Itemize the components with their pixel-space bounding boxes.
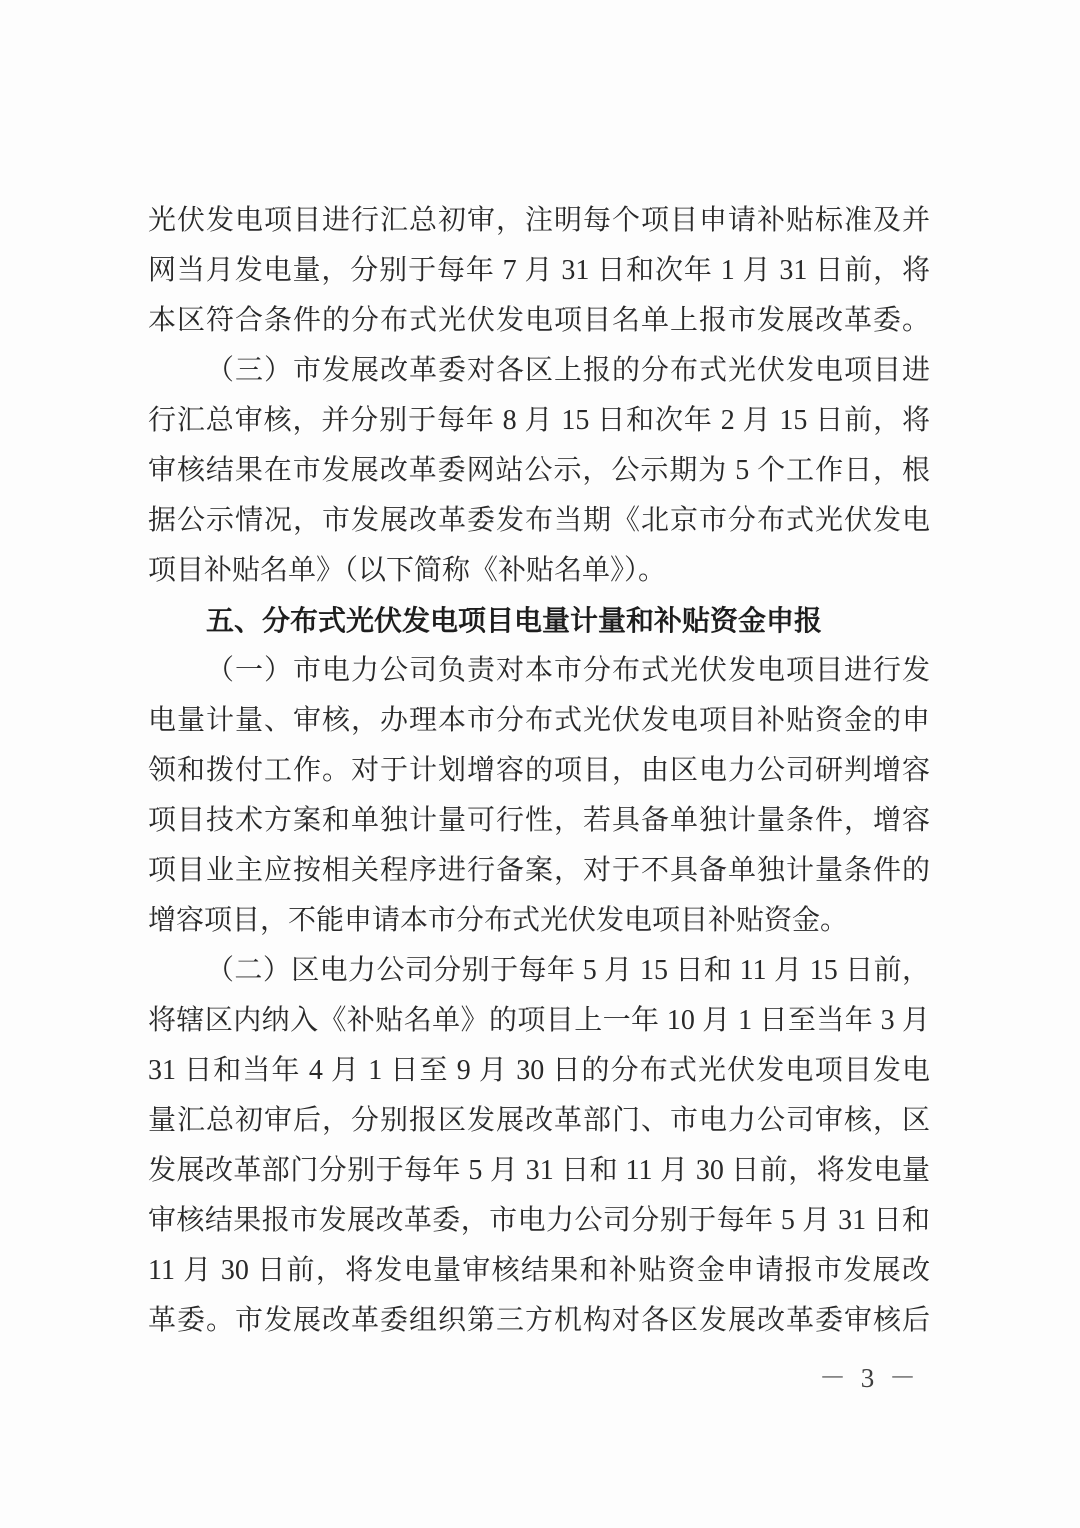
text-line: （三）市发展改革委对各区上报的分布式光伏发电项目进 (148, 346, 930, 396)
text-line: 项目业主应按相关程序进行备案，对于不具备单独计量条件的 (148, 846, 930, 896)
text-line: 项目补贴名单》（以下简称《补贴名单》）。 (148, 546, 930, 596)
text-line: 据公示情况，市发展改革委发布当期《北京市分布式光伏发电 (148, 496, 930, 546)
text-line: 领和拨付工作。对于计划增容的项目，由区电力公司研判增容 (148, 746, 930, 796)
text-line: 行汇总审核，并分别于每年 8 月 15 日和次年 2 月 15 日前，将 (148, 396, 930, 446)
text-line: 光伏发电项目进行汇总初审，注明每个项目申请补贴标准及并 (148, 196, 930, 246)
text-line: 项目技术方案和单独计量可行性，若具备单独计量条件，增容 (148, 796, 930, 846)
text-line: 革委。市发展改革委组织第三方机构对各区发展改革委审核后 (148, 1296, 930, 1346)
text-line: 本区符合条件的分布式光伏发电项目名单上报市发展改革委。 (148, 296, 930, 346)
page-number: － 3 － (819, 1360, 920, 1396)
text-line: 31 日和当年 4 月 1 日至 9 月 30 日的分布式光伏发电项目发电 (148, 1046, 930, 1096)
text-line: 11 月 30 日前，将发电量审核结果和补贴资金申请报市发展改 (148, 1246, 930, 1296)
text-line: 发展改革部门分别于每年 5 月 31 日和 11 月 30 日前，将发电量 (148, 1146, 930, 1196)
text-line: 电量计量、审核，办理本市分布式光伏发电项目补贴资金的申 (148, 696, 930, 746)
section-heading: 五、分布式光伏发电项目电量计量和补贴资金申报 (148, 596, 930, 646)
text-line: 增容项目，不能申请本市分布式光伏发电项目补贴资金。 (148, 896, 930, 946)
text-line: 审核结果报市发展改革委，市电力公司分别于每年 5 月 31 日和 (148, 1196, 930, 1246)
document-body: 光伏发电项目进行汇总初审，注明每个项目申请补贴标准及并网当月发电量，分别于每年 … (148, 196, 930, 1346)
text-line: 量汇总初审后，分别报区发展改革部门、市电力公司审核，区 (148, 1096, 930, 1146)
text-line: 审核结果在市发展改革委网站公示，公示期为 5 个工作日，根 (148, 446, 930, 496)
text-line: 将辖区内纳入《补贴名单》的项目上一年 10 月 1 日至当年 3 月 (148, 996, 930, 1046)
text-line: （一）市电力公司负责对本市分布式光伏发电项目进行发 (148, 646, 930, 696)
document-page: 光伏发电项目进行汇总初审，注明每个项目申请补贴标准及并网当月发电量，分别于每年 … (0, 0, 1080, 1528)
text-line: （二）区电力公司分别于每年 5 月 15 日和 11 月 15 日前， (148, 946, 930, 996)
text-line: 网当月发电量，分别于每年 7 月 31 日和次年 1 月 31 日前，将 (148, 246, 930, 296)
